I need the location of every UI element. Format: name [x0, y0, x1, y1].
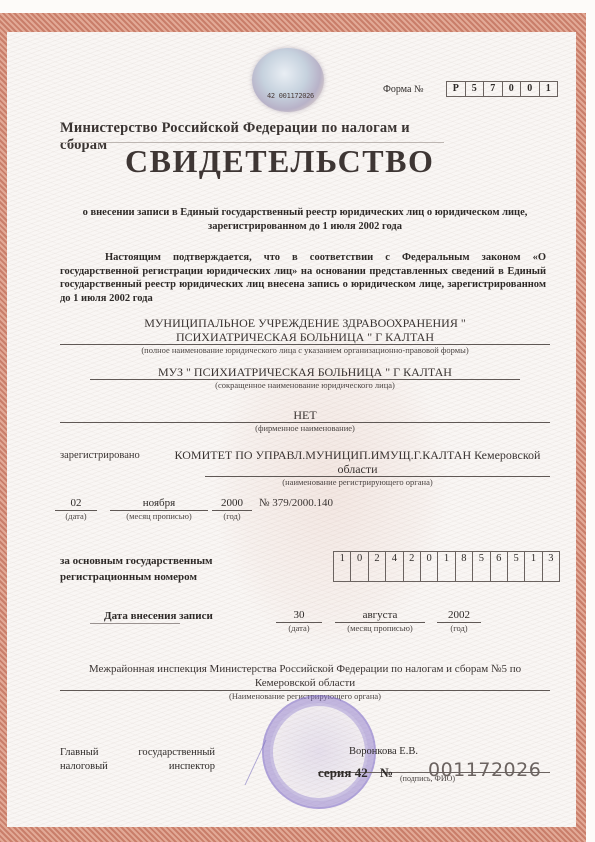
series-label: серия 42: [318, 765, 368, 781]
ogrn-digit: 2: [404, 552, 421, 581]
intro-paragraph: Настоящим подтверждается, что в соответс…: [60, 251, 546, 305]
form-cell: 5: [466, 82, 485, 96]
document-subtitle: о внесении записи в Единый государственн…: [60, 206, 550, 234]
ogrn-digit: 0: [421, 552, 438, 581]
registration-month: ноября: [110, 497, 208, 510]
form-label: Форма №: [383, 84, 424, 95]
entry-day-field: 30 (дата): [276, 609, 322, 634]
entry-day: 30: [276, 609, 322, 622]
registration-authority-field: КОМИТЕТ ПО УПРАВЛ.МУНИЦИП.ИМУЩ.Г.КАЛТАН …: [165, 448, 550, 488]
issuer-name: Межрайонная инспекция Министерства Росси…: [60, 663, 550, 690]
registered-label: зарегистрировано: [60, 450, 140, 461]
ogrn-label: за основным государственным регистрацион…: [60, 553, 260, 585]
ogrn-digit: 3: [543, 552, 559, 581]
short-name-field: МУЗ " ПСИХИАТРИЧЕСКАЯ БОЛЬНИЦА " Г КАЛТА…: [60, 365, 550, 391]
registration-day-field: 02 (дата): [55, 497, 97, 522]
brand-name-caption: (фирменное наименование): [60, 423, 550, 434]
divider: [90, 623, 180, 624]
entry-month-caption: (месяц прописью): [335, 623, 425, 634]
entry-year-caption: (год): [437, 623, 481, 634]
ogrn-digit: 1: [525, 552, 542, 581]
serial-number: 001172026: [428, 759, 541, 781]
registration-number: № 379/2000.140: [259, 497, 333, 509]
ogrn-digit: 5: [508, 552, 525, 581]
entry-month-field: августа (месяц прописью): [335, 609, 425, 634]
registration-year: 2000: [212, 497, 252, 510]
inspector-position: Главный государственный налоговый инспек…: [60, 746, 215, 773]
registration-day-caption: (дата): [55, 511, 97, 522]
brand-name-value: НЕТ: [60, 408, 550, 422]
ogrn-digit: 4: [386, 552, 403, 581]
form-cell: Р: [447, 82, 466, 96]
short-name-value: МУЗ " ПСИХИАТРИЧЕСКАЯ БОЛЬНИЦА " Г КАЛТА…: [60, 365, 550, 379]
form-number: Р 5 7 0 0 1: [446, 81, 558, 97]
entry-day-caption: (дата): [276, 623, 322, 634]
ogrn-number: 1 0 2 4 2 0 1 8 5 6 5 1 3: [333, 551, 560, 582]
ogrn-digit: 1: [438, 552, 455, 581]
number-sign: №: [380, 765, 393, 781]
registration-month-field: ноября (месяц прописью): [110, 497, 208, 522]
registration-day: 02: [55, 497, 97, 510]
brand-name-field: НЕТ (фирменное наименование): [60, 408, 550, 434]
registration-year-caption: (год): [212, 511, 252, 522]
full-name-value: МУНИЦИПАЛЬНОЕ УЧРЕЖДЕНИЕ ЗДРАВООХРАНЕНИЯ…: [60, 316, 550, 344]
registration-month-caption: (месяц прописью): [110, 511, 208, 522]
entry-year: 2002: [437, 609, 481, 622]
ogrn-digit: 8: [456, 552, 473, 581]
entry-year-field: 2002 (год): [437, 609, 481, 634]
form-cell: 0: [521, 82, 540, 96]
registration-authority-caption: (наименование регистрирующего органа): [165, 477, 550, 488]
inspector-name: Воронкова Е.В.: [349, 746, 418, 757]
ogrn-digit: 1: [334, 552, 351, 581]
full-name-caption: (полное наименование юридического лица с…: [60, 345, 550, 356]
short-name-caption: (сокращенное наименование юридического л…: [60, 380, 550, 391]
document-title: СВИДЕТЕЛЬСТВО: [125, 143, 434, 180]
entry-date-label: Дата внесения записи: [104, 610, 213, 622]
hologram-code: 42 001172026: [267, 92, 314, 100]
form-cell: 1: [540, 82, 558, 96]
ogrn-digit: 6: [491, 552, 508, 581]
ogrn-digit: 0: [351, 552, 368, 581]
full-name-field: МУНИЦИПАЛЬНОЕ УЧРЕЖДЕНИЕ ЗДРАВООХРАНЕНИЯ…: [60, 316, 550, 356]
form-cell: 0: [503, 82, 522, 96]
registration-year-field: 2000 (год): [212, 497, 252, 522]
form-cell: 7: [484, 82, 503, 96]
ogrn-digit: 2: [369, 552, 386, 581]
registration-authority-value: КОМИТЕТ ПО УПРАВЛ.МУНИЦИП.ИМУЩ.Г.КАЛТАН …: [165, 448, 550, 476]
ogrn-digit: 5: [473, 552, 490, 581]
entry-month: августа: [335, 609, 425, 622]
hologram-icon: [252, 48, 324, 112]
